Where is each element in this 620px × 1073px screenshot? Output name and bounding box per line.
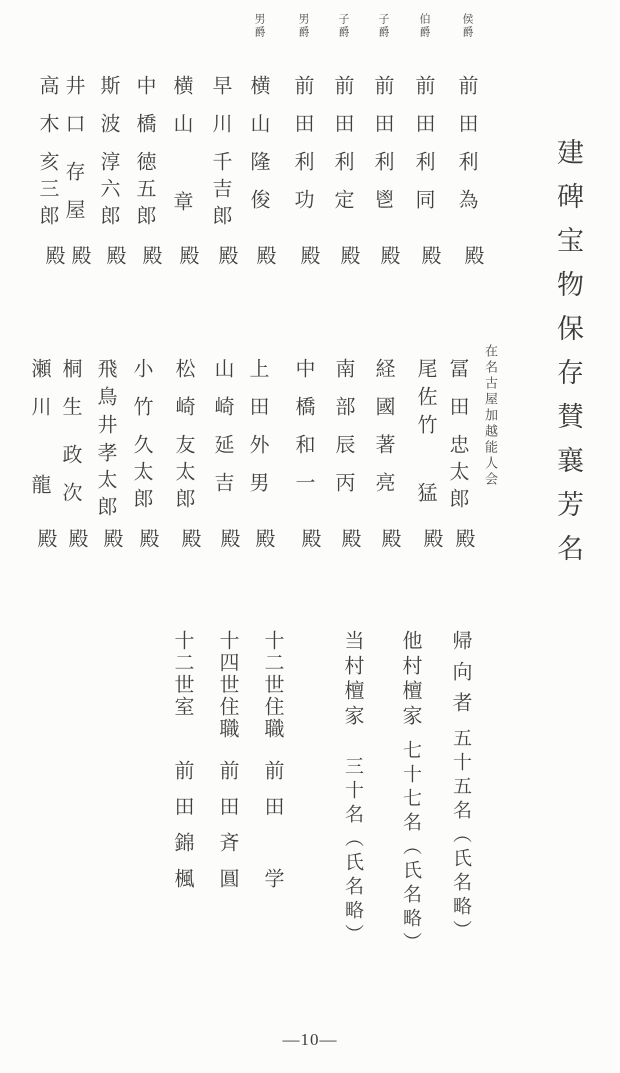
donor-entry: 横山隆俊 殿 [249,75,273,265]
family-name: 早川 [209,75,231,151]
family-name: 斯波 [97,75,119,151]
given-name: 亥三郎 [36,151,58,232]
scanned-page: 建碑宝物保存賛襄芳名 侯爵 伯爵 子爵 子爵 男爵 男爵 前田利為 殿 前田利同… [0,0,620,1073]
honorific: 殿 [175,528,204,548]
family-name: 中橋 [292,358,314,434]
given-name: 外男 [246,434,268,510]
given-name: 龍 [28,474,50,512]
rank-label: 子爵 [335,13,351,39]
donor-entry: 中橋徳五郎 殿 [135,75,159,265]
donor-entry: 斯波淳六郎 殿 [99,75,123,265]
donor-entry: 瀬川龍 殿 [30,358,54,548]
summary-entry: 他村檀家七十七名（氏名略） [396,630,425,956]
category-label: 十四世住職 [213,630,242,760]
donor-entry: 経國著亮 殿 [374,358,398,548]
category-label: 当村檀家 [338,630,367,728]
rank-label: 伯爵 [416,13,432,39]
given-name: 忠太郎 [446,434,468,515]
family-name: 前田 [455,75,477,151]
honorific: 殿 [375,528,404,548]
donor-entry: 中橋和一 殿 [294,358,318,548]
category-label: 他村檀家 [396,630,425,728]
donor-entry: 前田利為 殿 [457,75,481,265]
honorific: 殿 [417,528,446,548]
family-name: 飛鳥井 [94,358,116,442]
given-name: 千吉郎 [209,151,231,232]
family-name: 前田 [331,75,353,151]
given-name: 久太郎 [130,434,152,515]
category-value: 前田 学 [261,760,283,904]
honorific: 殿 [214,528,243,548]
donor-entry: 前田利鬯 殿 [373,75,397,265]
category-value: 七十七名（氏名略） [400,740,421,956]
family-name: 前田 [371,75,393,151]
rank-label: 男爵 [295,13,311,39]
priest-entry: 十二世住職前田 学 [258,630,287,904]
donor-entry: 小竹久太郎 殿 [132,358,156,548]
group-annotation: 在名古屋加越能人会 [481,344,500,488]
given-name: 著亮 [372,434,394,510]
family-name: 前田 [412,75,434,151]
honorific: 殿 [62,528,91,548]
category-label: 十二世室 [168,630,197,760]
donor-entry: 前田利功 殿 [293,75,317,265]
donor-entry: 高木亥三郎 殿 [38,75,62,265]
family-name: 小竹 [130,358,152,434]
given-name: 徳五郎 [133,151,155,232]
category-label: 十二世住職 [258,630,287,760]
honorific: 殿 [31,528,60,548]
summary-entry: 帰向者五十五名（氏名略） [446,630,475,944]
given-name: 章 [170,191,192,229]
priest-entry: 十四世住職前田斉圓 [213,630,242,904]
given-name: 存屋 [62,161,84,237]
donor-entry: 横山章 殿 [172,75,196,265]
page-number: —10— [0,1030,620,1050]
honorific: 殿 [294,245,323,265]
donor-entry: 前田利定 殿 [333,75,357,265]
family-name: 前田 [291,75,313,151]
donor-entry: 前田利同 殿 [414,75,438,265]
honorific: 殿 [374,245,403,265]
honorific: 殿 [458,245,487,265]
donor-entry: 尾佐竹猛 殿 [416,358,440,548]
priest-entry: 十二世室前田錦楓 [168,630,197,904]
given-name: 利鬯 [371,151,393,227]
honorific: 殿 [212,245,241,265]
given-name: 利同 [412,151,434,227]
category-value: 前田斉圓 [216,760,238,904]
given-name: 淳六郎 [97,151,119,232]
family-name: 中橋 [133,75,155,151]
given-name: 辰丙 [332,434,354,510]
donor-entry: 桐生政次 殿 [61,358,85,548]
honorific: 殿 [39,245,68,265]
category-label: 帰向者 [446,630,475,728]
given-name: 政次 [59,444,81,520]
honorific: 殿 [133,528,162,548]
given-name: 利為 [455,151,477,227]
honorific: 殿 [136,245,165,265]
honorific: 殿 [249,528,278,548]
given-name: 孝太郎 [94,442,116,523]
honorific: 殿 [449,528,478,548]
donor-entry: 松崎友太郎 殿 [174,358,198,548]
honorific: 殿 [173,245,202,265]
family-name: 松崎 [172,358,194,434]
family-name: 井口 [62,75,84,151]
donor-entry: 飛鳥井孝太郎 殿 [96,358,120,548]
donor-entry: 上田外男 殿 [248,358,272,548]
donor-entry: 井口存屋 殿 [64,75,88,265]
category-value: 前田錦楓 [171,760,193,904]
given-name: 利功 [291,151,313,227]
category-value: 五十五名（氏名略） [450,728,471,944]
honorific: 殿 [335,528,364,548]
page-title: 建碑宝物保存賛襄芳名 [549,138,588,578]
family-name: 上田 [246,358,268,434]
honorific: 殿 [415,245,444,265]
rank-label: 男爵 [251,13,267,39]
given-name: 延吉 [211,434,233,510]
honorific: 殿 [97,528,126,548]
honorific: 殿 [295,528,324,548]
donor-entry: 冨田忠太郎 殿 [448,358,472,548]
honorific: 殿 [100,245,129,265]
given-name: 猛 [414,482,436,520]
family-name: 桐生 [59,358,81,434]
family-name: 瀬川 [28,358,50,434]
family-name: 南部 [332,358,354,434]
category-value: 三十名（氏名略） [342,756,363,948]
given-name: 友太郎 [172,434,194,515]
rank-label: 子爵 [375,13,391,39]
donor-entry: 早川千吉郎 殿 [211,75,235,265]
family-name: 冨田 [446,358,468,434]
honorific: 殿 [65,245,94,265]
given-name: 和一 [292,434,314,510]
family-name: 尾佐竹 [414,358,436,442]
family-name: 横山 [170,75,192,151]
honorific: 殿 [334,245,363,265]
given-name: 利定 [331,151,353,227]
family-name: 山崎 [211,358,233,434]
honorific: 殿 [250,245,279,265]
rank-label: 侯爵 [459,13,475,39]
family-name: 経國 [372,358,394,434]
family-name: 高木 [36,75,58,151]
given-name: 隆俊 [247,151,269,227]
donor-entry: 山崎延吉 殿 [213,358,237,548]
family-name: 横山 [247,75,269,151]
donor-entry: 南部辰丙 殿 [334,358,358,548]
summary-entry: 当村檀家三十名（氏名略） [338,630,367,948]
